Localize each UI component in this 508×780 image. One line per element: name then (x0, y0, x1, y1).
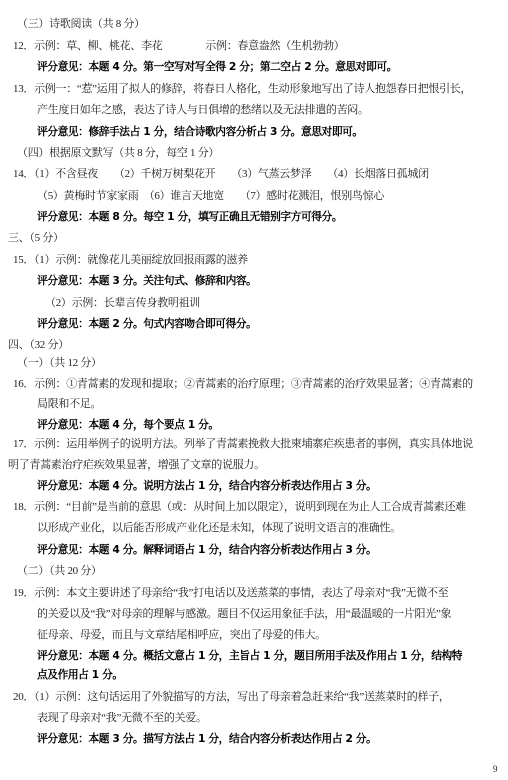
heading-section-4-dictation: （四）根据原文默写（共 8 分，每空 1 分） (17, 146, 219, 160)
answer-15-1: 15．（1）示例：就像花儿美丽绽放回报雨露的滋养 (13, 253, 248, 267)
scoring-note-18: 评分意见：本题 4 分。解释词语占 1 分，结合内容分析表达作用占 3 分。 (37, 543, 376, 557)
scoring-note-14: 评分意见：本题 8 分。每空 1 分，填写正确且无错别字方可得分。 (37, 210, 342, 224)
answer-14-continuation: （5）黄梅时节家家雨 （6）谁言天地宽 （7）感时花溅泪，恨别鸟惊心 (37, 189, 384, 203)
answer-18: 18．示例：“目前”是当前的意思（或：从时间上加以限定），说明到现在为止人工合成… (13, 500, 466, 514)
page-number: 9 (493, 764, 498, 774)
answer-16-continuation: 局限和不足。 (37, 397, 101, 411)
answer-20-1: 20．（1）示例：这句话运用了外貌描写的方法，写出了母亲着急赶来给“我”送蒸菜时… (13, 690, 450, 704)
heading-part-4-sub-1: （一）（共 12 分） (17, 356, 102, 370)
answer-19: 19．示例：本文主要讲述了母亲给“我”打电话以及送蒸菜的事情，表达了母亲对“我”… (13, 586, 448, 600)
answer-16: 16．示例：①青蒿素的发现和提取；②青蒿素的治疗原理；③青蒿素的治疗效果显著；④… (13, 377, 473, 391)
answer-17: 17．示例：运用举例子的说明方法。列举了青蒿素挽救大批柬埔寨疟疾患者的事例，真实… (13, 437, 473, 451)
answer-19-continuation-2: 征母亲、母爱，而且与文章结尾相呼应，突出了母爱的伟大。 (37, 628, 326, 642)
scoring-note-17: 评分意见：本题 4 分。说明方法占 1 分，结合内容分析表达作用占 3 分。 (37, 479, 376, 493)
heading-section-3-poetry-reading: （三）诗歌阅读（共 8 分） (17, 17, 145, 31)
answer-20-1-continuation: 表现了母亲对“我”无微不至的关爱。 (37, 711, 207, 725)
scoring-note-19: 评分意见：本题 4 分。概括文意占 1 分，主旨占 1 分，题目所用手法及作用占… (37, 649, 462, 663)
answer-12: 12．示例：草、柳、桃花、李花 示例：春意盎然（生机勃勃） (13, 39, 344, 53)
answer-19-continuation-1: 的关爱以及“我”对母亲的理解与感激。题目不仅运用象征手法，用“最温暖的一片阳光”… (37, 607, 451, 621)
heading-part-4: 四、（32 分） (8, 338, 69, 352)
answer-13: 13．示例一：“惹”运用了拟人的修辞，将春日人格化，生动形象地写出了诗人抱怨春日… (13, 82, 471, 96)
scoring-note-16: 评分意见：本题 4 分，每个要点 1 分。 (37, 418, 219, 432)
heading-part-3: 三、（5 分） (8, 231, 64, 245)
scoring-note-15-1: 评分意见：本题 3 分。关注句式、修辞和内容。 (37, 274, 256, 288)
heading-part-4-sub-2: （二）（共 20 分） (17, 564, 102, 578)
scoring-note-20-1: 评分意见：本题 3 分。描写方法占 1 分，结合内容分析表达作用占 2 分。 (37, 732, 376, 746)
answer-15-2: （2）示例：长辈言传身教明祖训 (45, 296, 200, 310)
scoring-note-19-continuation: 点及作用占 1 分。 (37, 668, 123, 682)
answer-18-continuation: 以形成产业化，以后能否形成产业化还是未知，体现了说明文语言的准确性。 (37, 521, 401, 535)
answer-13-continuation: 产生度日如年之感，表达了诗人与日俱增的愁绪以及无法排遣的苦闷。 (37, 103, 369, 117)
answer-14: 14．（1）不含昼夜 （2）千树万树梨花开 （3）气蒸云梦泽 （4）长烟落日孤城… (13, 167, 429, 181)
scoring-note-12: 评分意见：本题 4 分。第一空写对写全得 2 分；第二空占 2 分。意思对即可。 (37, 60, 397, 74)
scoring-note-15-2: 评分意见：本题 2 分。句式内容吻合即可得分。 (37, 317, 256, 331)
document-page: （三）诗歌阅读（共 8 分） 12．示例：草、柳、桃花、李花 示例：春意盎然（生… (0, 0, 508, 780)
answer-17-continuation: 明了青蒿素治疗疟疾效果显著，增强了文章的说服力。 (8, 458, 265, 472)
scoring-note-13: 评分意见：修辞手法占 1 分，结合诗歌内容分析占 3 分。意思对即可。 (37, 125, 363, 139)
